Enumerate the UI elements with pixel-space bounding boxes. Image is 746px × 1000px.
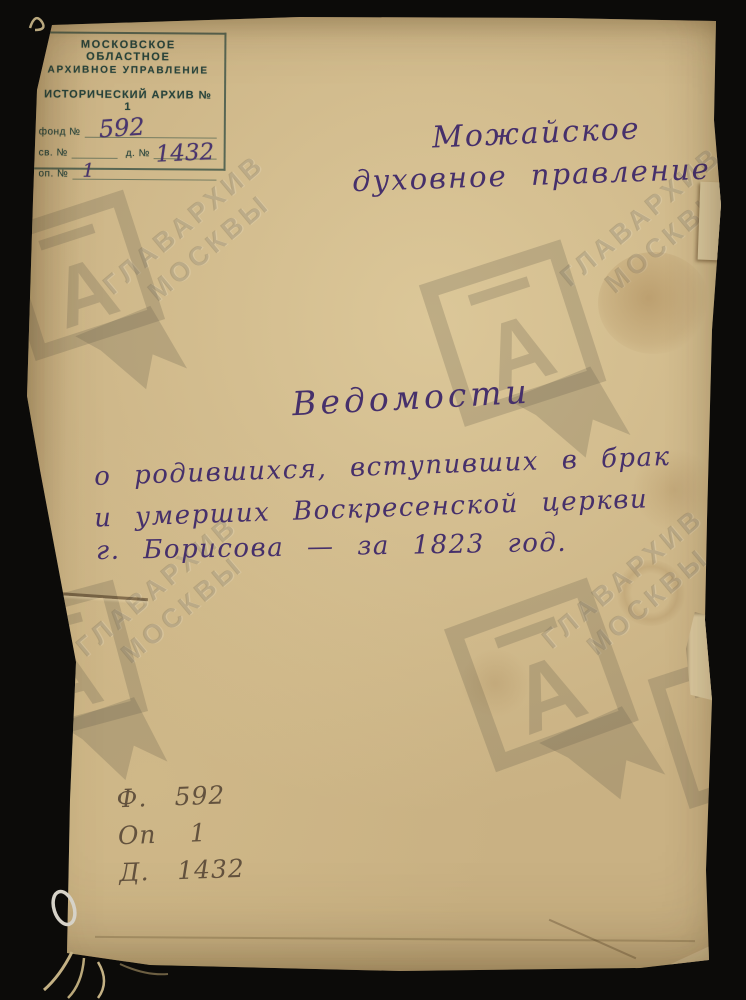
thread-top-icon [30, 18, 43, 30]
pencil-note-row: Ф. 592 [116, 780, 243, 813]
pencil-notes: Ф. 592 Оп 1 Д. 1432 [116, 780, 245, 895]
sv-line [72, 143, 118, 159]
fond-line: 592 [84, 122, 216, 139]
thread-bottom-icon [68, 958, 84, 998]
pencil-opis-label: Оп [117, 819, 176, 850]
delo-label: д. № [126, 148, 154, 159]
archive-stamp: МОСКОВСКОЕ ОБЛАСТНОЕ АРХИВНОЕ УПРАВЛЕНИЕ… [28, 31, 227, 170]
fond-value-handwritten: 592 [98, 113, 145, 144]
pencil-note-row: Оп 1 [117, 817, 244, 850]
pencil-fond-label: Ф. [116, 782, 175, 813]
stamp-org-line1: МОСКОВСКОЕ ОБЛАСТНОЕ [39, 38, 217, 63]
pencil-delo-label: Д. [119, 856, 178, 887]
stamp-sv-delo-row: св. № д. № 1432 [39, 142, 217, 159]
svg-text:А: А [695, 686, 746, 795]
document-cover: ГЛАВАРХИВМОСКВЫГЛАВАРХИВМОСКВЫГЛАВАРХИВМ… [0, 0, 746, 1000]
sv-label: св. № [39, 147, 72, 158]
op-label: оп. № [38, 168, 72, 179]
pencil-opis-value: 1 [189, 818, 207, 848]
thread-bottom-icon [98, 962, 104, 998]
archive-logo-icon: А [0, 172, 203, 432]
pencil-fond-value: 592 [174, 780, 226, 811]
fond-label: фонд № [39, 126, 85, 137]
stamp-org-line2: АРХИВНОЕ УПРАВЛЕНИЕ [39, 64, 217, 76]
stamp-org-line3: ИСТОРИЧЕСКИЙ АРХИВ № 1 [39, 88, 217, 113]
stamp-op-row: оп. № 1 [38, 163, 216, 180]
stamp-fond-row: фонд № 592 [39, 121, 217, 138]
photo-backdrop: ГЛАВАРХИВМОСКВЫГЛАВАРХИВМОСКВЫГЛАВАРХИВМ… [0, 0, 746, 1000]
pencil-delo-value: 1432 [177, 854, 246, 885]
op-line: 1 [72, 164, 216, 181]
thread-bottom-icon [44, 952, 72, 990]
thread-bottom-icon [120, 964, 168, 974]
pencil-note-row: Д. 1432 [119, 854, 246, 887]
op-value-handwritten: 1 [82, 160, 94, 182]
delo-line: 1432 [154, 143, 217, 159]
